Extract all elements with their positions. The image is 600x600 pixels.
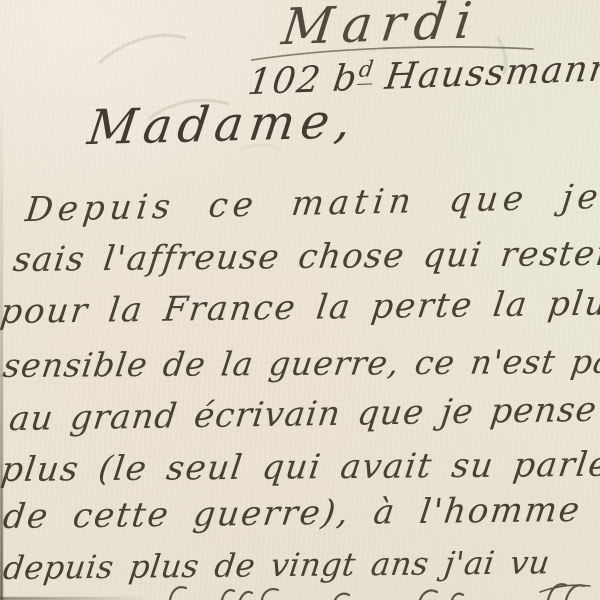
body-line-5: au grand écrivain que je pense le xyxy=(7,389,600,439)
address-street-name: Haussmann xyxy=(383,48,600,98)
body-line-1: Depuis ce matin que je xyxy=(23,177,600,230)
letter-page: Mardi 102bdHaussmann Madame, Depuis ce m… xyxy=(0,0,600,600)
body-line-2: sais l'affreuse chose qui restera xyxy=(11,233,600,280)
body-line-6: plus (le seul qui avait su parler xyxy=(0,445,600,491)
body-line-3: pour la France la perte la plus xyxy=(0,283,600,332)
body-line-7: de cette guerre), à l'homme que xyxy=(1,489,600,537)
body-line-8: depuis plus de vingt ans j'ai vu xyxy=(1,543,552,587)
page-left-edge-shadow xyxy=(0,90,3,600)
date-line: Mardi xyxy=(279,0,484,56)
address-abbrev-superscript: d xyxy=(357,57,376,85)
salutation: Madame, xyxy=(85,93,361,156)
body-line-4: sensible de la guerre, ce n'est pas xyxy=(1,342,600,385)
